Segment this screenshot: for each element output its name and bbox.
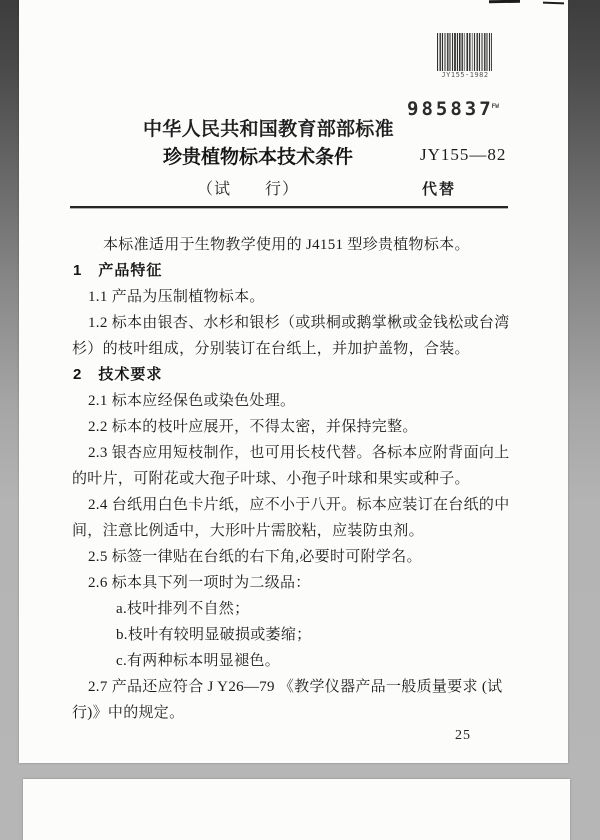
serial-stamp-suffix: FW: [492, 103, 499, 110]
text-line: 间，注意比例适中，大形叶片需胶粘，应装防虫剂。: [72, 518, 532, 544]
replaces-label: 代替: [422, 178, 456, 199]
serial-stamp-digits: 985837: [407, 98, 494, 120]
text-line: 2.4 台纸用白色卡片纸，应不小于八开。标本应装订在台纸的中: [72, 492, 532, 518]
text-line: 1.2 标本由银杏、水杉和银杉（或珙桐或鹅掌楸或金钱松或台湾: [72, 310, 532, 336]
text-line: 行)》中的规定。: [72, 700, 532, 726]
text-line: 1.1 产品为压制植物标本。: [72, 284, 532, 310]
text-line: 1 产品特征: [72, 258, 532, 284]
text-line: c.有两种标本明显褪色。: [72, 648, 532, 674]
document-page: JY155-1982 985837FW 中华人民共和国教育部部标准 珍贵植物标本…: [19, 0, 568, 763]
text-line: 2.7 产品还应符合 J Y26—79 《教学仪器产品一般质量要求 (试: [72, 674, 532, 700]
text-line: 杉）的枝叶组成，分别装订在台纸上，并加护盖物，合装。: [72, 336, 532, 362]
text-line: 2.1 标本应经保色或染色处理。: [72, 388, 532, 414]
text-line: 2.6 标本具下列一项时为二级品：: [72, 570, 532, 596]
text-line: 本标准适用于生物教学使用的 J4151 型珍贵植物标本。: [72, 232, 532, 258]
text-line: b.枝叶有较明显破损或萎缩；: [72, 622, 532, 648]
text-line: 2 技术要求: [72, 362, 532, 388]
text-line: a.枝叶排列不自然；: [72, 596, 532, 622]
text-line: 的叶片，可附花或大孢子叶球、小孢子叶球和果实或种子。: [72, 466, 532, 492]
text-line: 2.5 标签一律贴在台纸的右下角,必要时可附学名。: [72, 544, 532, 570]
barcode: [437, 33, 492, 71]
scanner-background: JY155-1982 985837FW 中华人民共和国教育部部标准 珍贵植物标本…: [0, 0, 600, 840]
scan-artifact-mark: [543, 2, 564, 5]
page-number: 25: [455, 728, 471, 744]
serial-stamp: 985837FW: [407, 98, 499, 120]
standard-issuer-line: 中华人民共和国教育部部标准: [143, 114, 394, 141]
standard-number: JY155—82: [420, 145, 506, 165]
barcode-label: JY155-1982: [433, 71, 497, 79]
trial-status-label: （试 行）: [197, 176, 299, 199]
document-body-text: 本标准适用于生物教学使用的 J4151 型珍贵植物标本。1 产品特征1.1 产品…: [72, 232, 532, 726]
header-divider-rule: [70, 206, 508, 208]
text-line: 2.2 标本的枝叶应展开，不得太密，并保持完整。: [72, 414, 532, 440]
text-line: 2.3 银杏应用短枝制作，也可用长枝代替。各标本应附背面向上: [72, 440, 532, 466]
next-page-edge: [23, 779, 570, 840]
document-title: 珍贵植物标本技术条件: [163, 142, 353, 169]
scan-artifact-mark: [489, 0, 520, 3]
